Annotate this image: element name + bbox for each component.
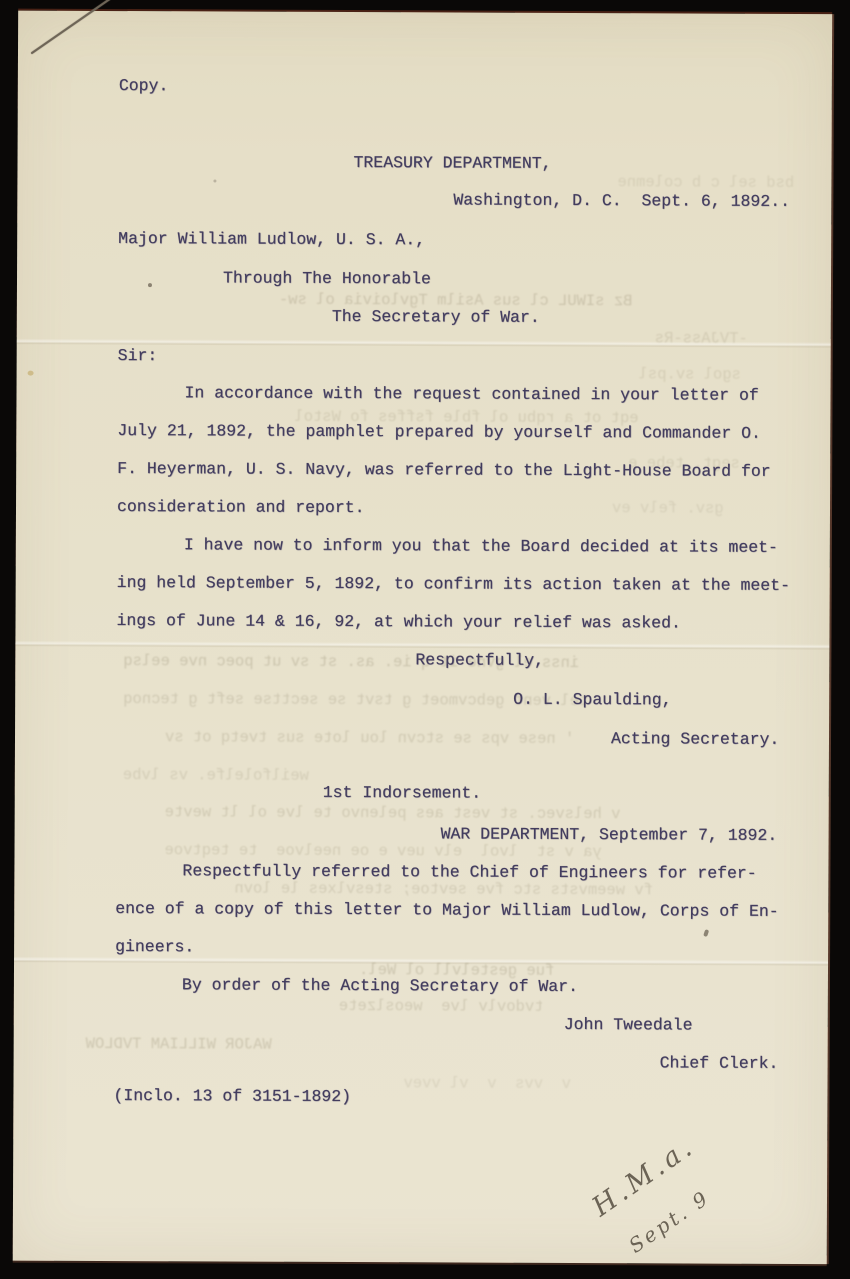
body-line: July 21, 1892, the pamphlet prepared by … (117, 420, 761, 445)
signature-spaulding: O. L. Spaulding, (513, 689, 672, 712)
copy-label: Copy. (119, 75, 169, 97)
body-line: ings of June 14 & 16, 92, at which your … (116, 610, 680, 634)
inclosure-note: (Inclo. 13 of 3151-1892) (113, 1085, 351, 1108)
indorsement-body-line: gineers. (115, 936, 194, 958)
department-heading: TREASURY DEPARTMENT, (353, 152, 551, 175)
war-department-line: WAR DEPARTMENT, September 7, 1892. (441, 823, 778, 846)
body-line: ing held September 5, 1892, to confirm i… (117, 572, 790, 597)
indorsement-body-line: ence of a copy of this letter to Major W… (115, 898, 779, 923)
through-line: Through The Honorable (223, 267, 431, 290)
clerk-signature: John Tweedale (564, 1014, 693, 1037)
salutation: Sir: (118, 345, 158, 367)
closing-respectfully: Respectfully, (415, 649, 544, 672)
recipient-line: Major William Ludlow, U. S. A., (118, 228, 425, 251)
signature-title: Acting Secretary. (611, 728, 779, 751)
ink-speck (148, 283, 152, 287)
indorsement-heading: 1st Indorsement. (323, 782, 482, 805)
bleed-through-line: sgol sv.psl (639, 365, 741, 383)
body-line: In accordance with the request contained… (184, 382, 758, 407)
secretary-of-war-line: The Secretary of War. (332, 306, 540, 329)
bleed-through-line: -TVJAss-Rs (655, 329, 748, 347)
paper-fleck (28, 371, 34, 376)
ink-speck (213, 179, 216, 182)
ink-speck (703, 929, 709, 937)
bleed-through-line: weilfolelfe. vs lvbe (123, 766, 309, 785)
paper-sheet: bsd sel c b colemne Bz sIWUL cl sus Asil… (13, 11, 832, 1265)
body-line: consideration and report. (117, 496, 365, 519)
body-line: I have now to inform you that the Board … (184, 534, 778, 559)
scanned-letter-page: { "colors":{"background":"#0a0807","pape… (0, 0, 850, 1279)
indorsement-body-line: Respectfully referred to the Chief of En… (182, 860, 756, 885)
bleed-through-line: ' nese vps se stcvn lou lote sus tvetq o… (165, 728, 574, 748)
bleed-through-line: bsd sel c b colemne (617, 173, 794, 192)
pencil-slash (31, 0, 152, 54)
body-line: F. Heyerman, U. S. Navy, was referred to… (117, 458, 771, 483)
bleed-through-line: tvdovlv lve weoslzete (339, 997, 544, 1016)
by-order-line: By order of the Acting Secretary of War. (182, 974, 578, 998)
dateline: Washington, D. C. Sept. 6, 1892.. (453, 189, 790, 212)
bleed-through-line: gsv. felv ev (612, 499, 724, 517)
bleed-through-line: v helsvec. st vest aes pelenvo te lve ol… (165, 803, 621, 823)
clerk-title: Chief Clerk. (660, 1052, 779, 1075)
bleed-through-line: v vvs v vl vvev (403, 1074, 571, 1093)
bleed-through-line: WAJOR WILLIAM TVDLOW (86, 1035, 272, 1054)
